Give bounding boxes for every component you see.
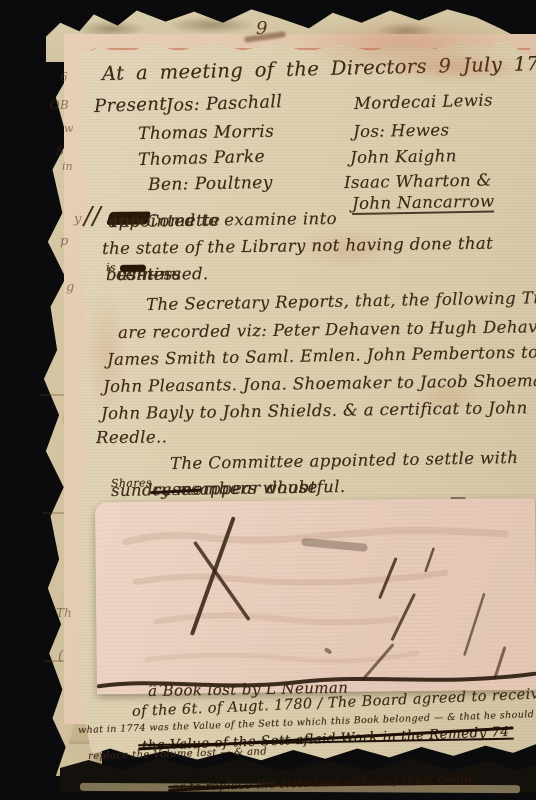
paragraph-line: the state of the Library not having done… (102, 234, 493, 258)
attendee-name: Thomas Morris (138, 122, 275, 144)
attendee-name: Jos: Paschall (166, 92, 283, 116)
struck-word: cases (152, 479, 200, 499)
pasted-slip (95, 498, 536, 695)
paragraph-line: John Bayly to John Shields. & a certific… (101, 398, 528, 423)
paragraph-line: John Pleasants. Jona. Shoemaker to Jacob… (103, 370, 536, 396)
margin-fragment: 6 (60, 70, 68, 84)
text-run: appointed to examine into (108, 209, 337, 231)
present-label: Present (94, 93, 168, 117)
manuscript-photograph: 9 6 OB w S in y p g Th ( At a meeting of… (0, 0, 536, 800)
attendee-name: Mordecai Lewis (354, 90, 493, 113)
stain-blot (166, 16, 256, 34)
attendee-name: Isaac Wharton & (344, 170, 492, 192)
paragraph-line: sundry members whose Sharescases appear … (111, 479, 200, 500)
margin-fragment: S (56, 144, 64, 158)
margin-mark: // (84, 202, 101, 230)
paragraph-line: Reedle.. (96, 427, 167, 447)
trailing-dashes: — - - — (116, 264, 179, 284)
margin-fragment: y (74, 212, 81, 227)
margin-fragment: w (64, 122, 73, 135)
attendee-name: Jos: Hewes (353, 120, 450, 141)
paragraph-line: business iscontinued. — - - — (106, 265, 116, 284)
attendee-name: John Kaighn (350, 146, 457, 167)
caret-mark: ^ (148, 682, 158, 695)
attendee-name-underlined: John Nancarrow (352, 192, 495, 215)
bottom-line: a Book lost by L Neuman ^ ^ (148, 682, 159, 700)
text-run: appear doubtful. (200, 477, 346, 499)
margin-fragment: g (66, 280, 74, 295)
attendee-name: Ben: Poultney (148, 173, 273, 195)
inserted-word: is (106, 261, 116, 274)
caret-mark: ^ (158, 682, 168, 695)
attendee-name: Thomas Parke (138, 147, 265, 170)
manuscript-page-content: At a meeting of the Directors 9 July 178… (82, 44, 536, 784)
paragraph-line: The Committee appointed to settle with (170, 448, 519, 473)
margin-fragment: OB (50, 98, 69, 112)
margin-fragment: in (62, 160, 73, 173)
paragraph-line: James Smith to Saml. Emlen. John Pembert… (107, 342, 536, 369)
margin-fragment: ( (58, 648, 63, 664)
paragraph-line: The Secretary Reports, that, the followi… (146, 287, 536, 314)
margin-fragment: p (60, 234, 68, 249)
meeting-heading: At a meeting of the Directors 9 July 178… (102, 51, 536, 84)
inserted-word: Shares (111, 476, 152, 490)
ink-cross-marks (95, 498, 536, 695)
margin-fragment: Th (56, 606, 72, 620)
paragraph-line: are recorded viz: Peter Dehaven to Hugh … (118, 317, 536, 342)
bottom-line-small: replace the Volume lost — & and (88, 746, 267, 762)
